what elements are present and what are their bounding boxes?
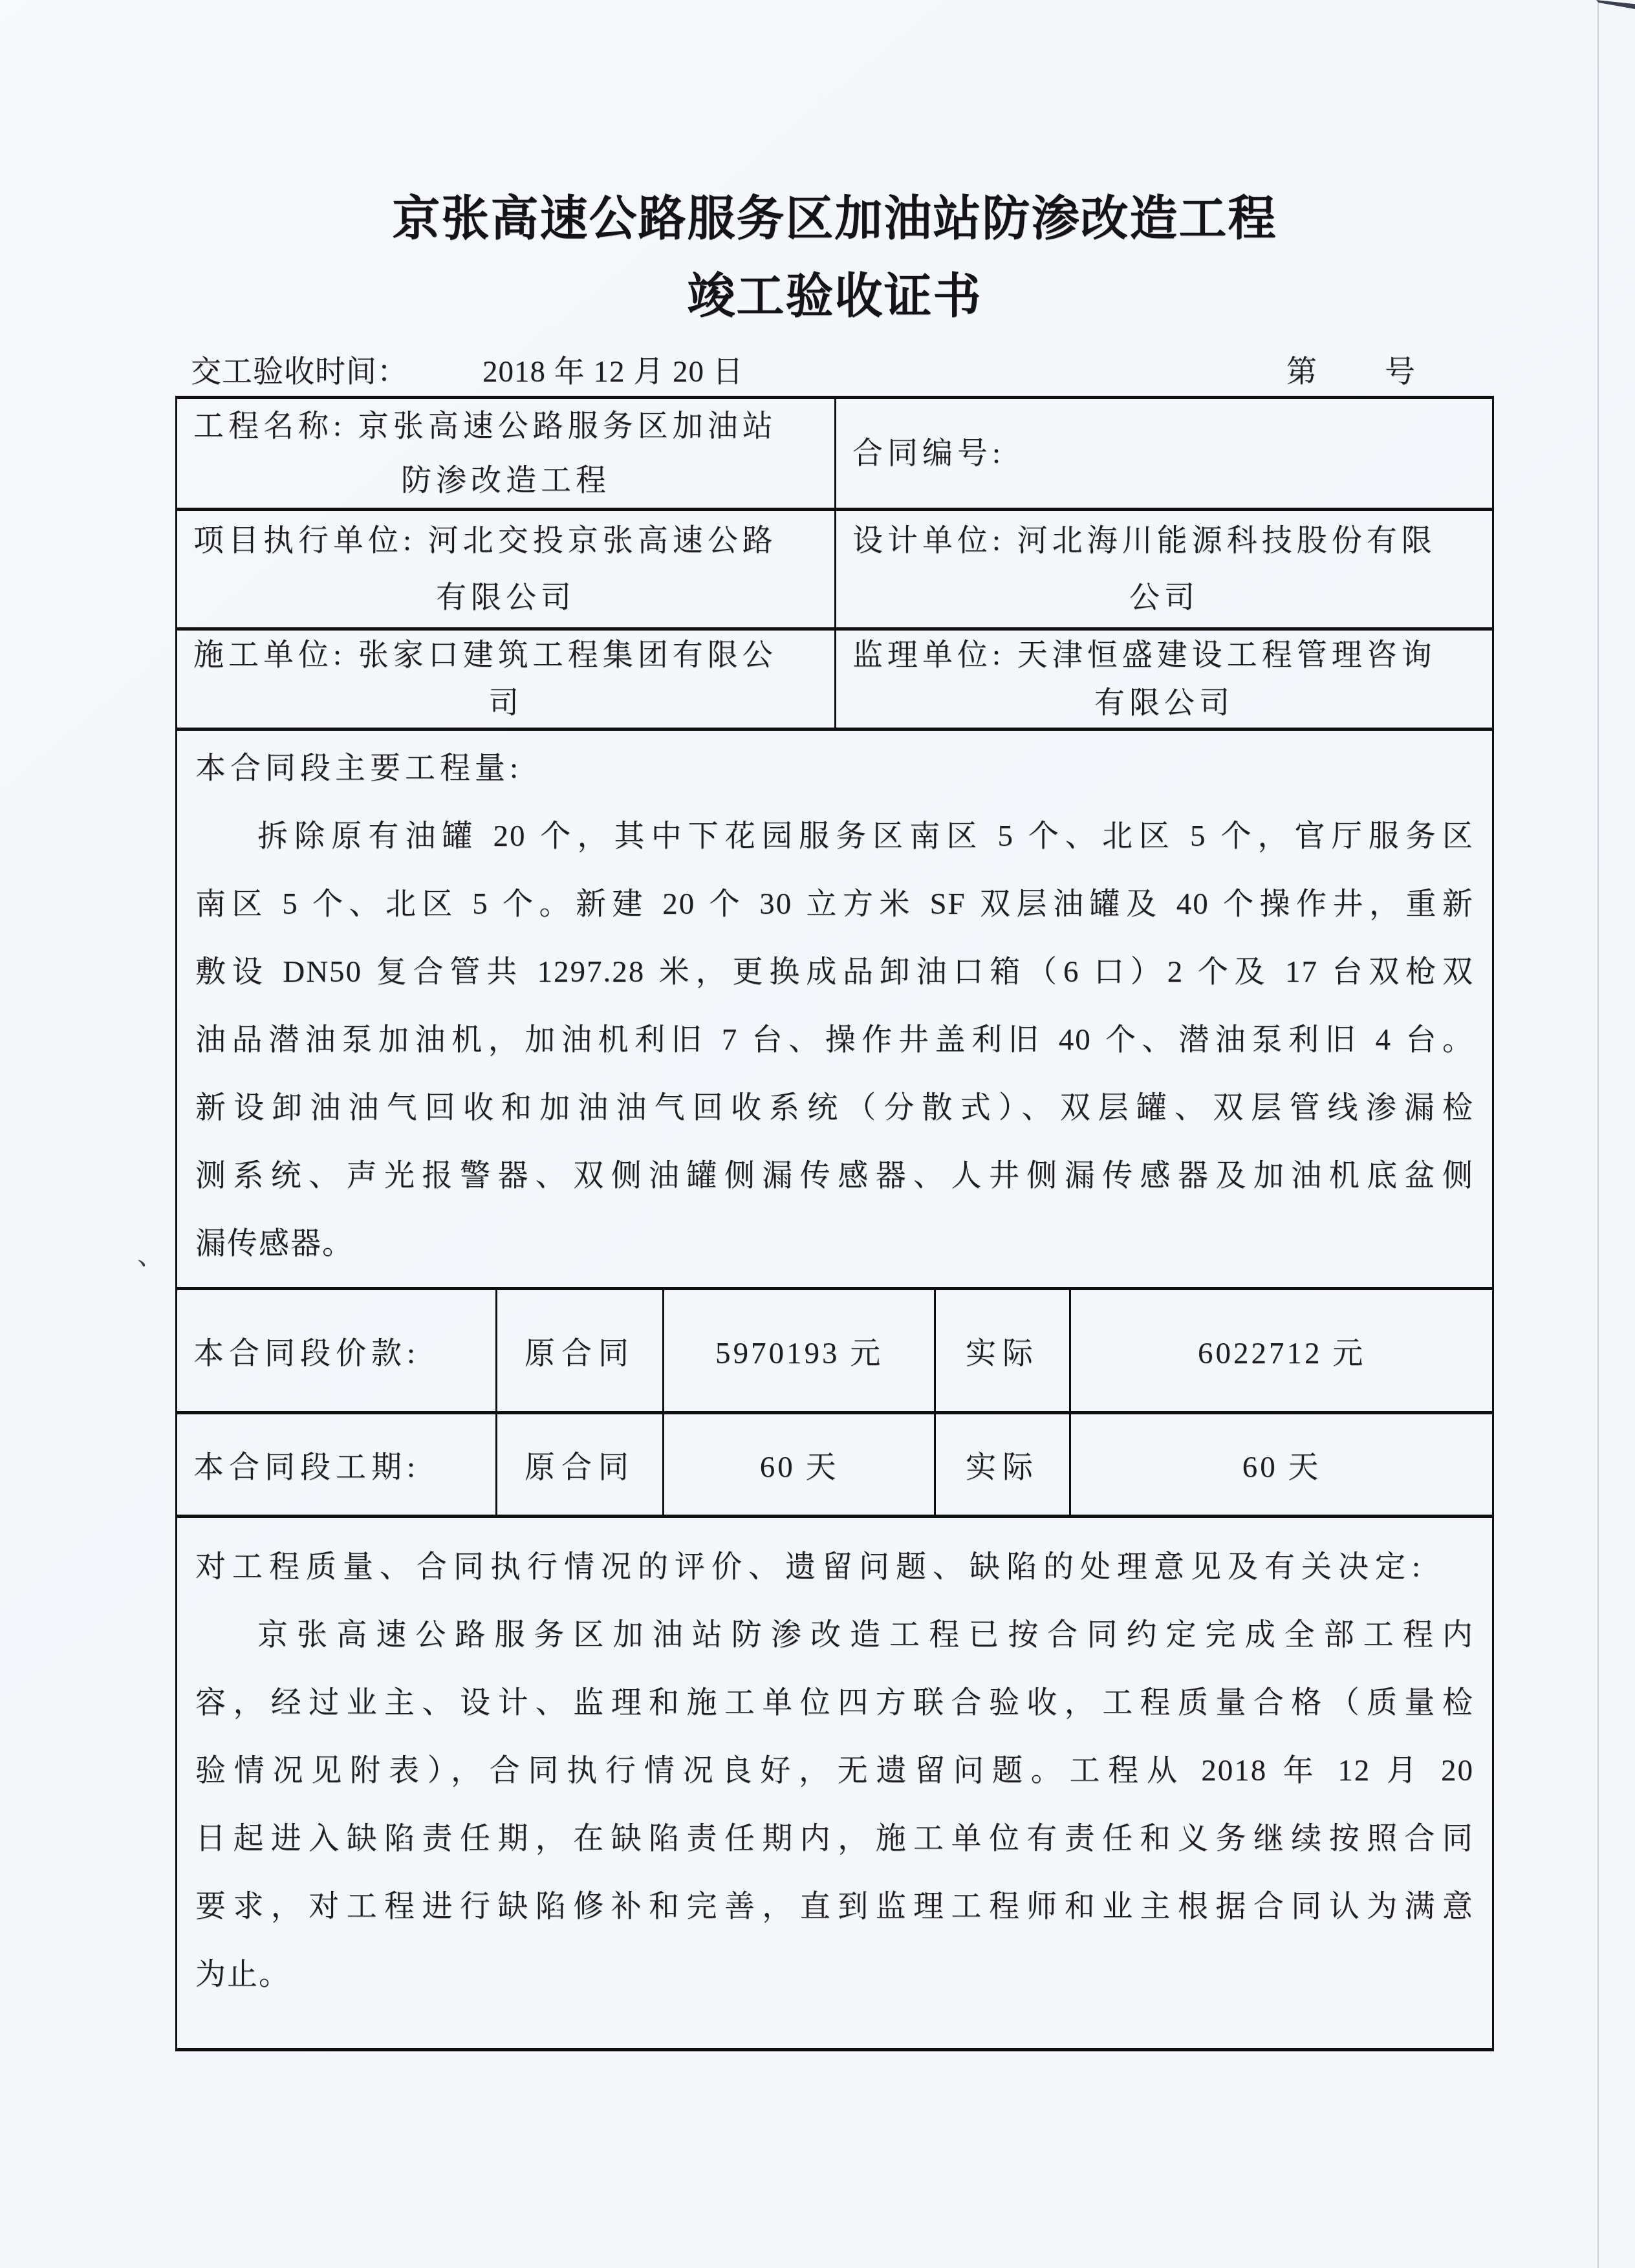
table-row-project-name: 工程名称: 京张高速公路服务区加油站 防渗改造工程 合同编号: [177,399,1492,511]
executing-unit-line1: 项目执行单位: 河北交投京张高速公路 [193,512,818,569]
price-label-cell: 本合同段价款: [177,1290,497,1411]
table-row-units-2: 施工单位: 张家口建筑工程集团有限公 司 监理单位: 天津恒盛建设工程管理咨询 … [177,631,1492,731]
acceptance-date-value: 2018 年 12 月 20 日 [482,353,744,391]
main-quantities-cell: 本合同段主要工程量: 拆除原有油罐 20 个，其中下花园服务区南区 5 个、北区… [177,731,1492,1290]
contract-number-cell: 合同编号: [836,399,1492,508]
table-row-units-1: 项目执行单位: 河北交投京张高速公路 有限公司 设计单位: 河北海川能源科技股份… [177,511,1492,631]
evaluation-line: 容，经过业主、设计、监理和施工单位四方联合验收，工程质量合格（质量检 [195,1669,1474,1737]
project-name-line2: 防渗改造工程 [193,453,818,508]
evaluation-line: 要求，对工程进行缺陷修补和完善，直到监理工程师和业主根据合同认为满意 [195,1873,1474,1941]
price-actual-label-cell: 实际 [936,1290,1071,1411]
construction-unit-line2: 司 [193,679,818,727]
construction-unit-line1: 施工单位: 张家口建筑工程集团有限公 [193,631,818,679]
duration-actual-label-cell: 实际 [936,1414,1071,1515]
evaluation-line: 验情况见附表），合同执行情况良好，无遗留问题。工程从 2018 年 12 月 2… [195,1737,1474,1805]
scanner-corner-artifact [1596,0,1635,9]
quantities-line: 新设卸油油气回收和加油油气回收系统（分散式）、双层罐、双层管线渗漏检 [195,1074,1474,1142]
contract-number-label: 合同编号: [852,426,1476,481]
design-unit-line2: 公司 [852,569,1476,626]
quantities-line: 敷设 DN50 复合管共 1297.28 米，更换成品卸油口箱（6 口）2 个及… [195,938,1474,1006]
quantities-heading: 本合同段主要工程量: [195,735,1474,803]
duration-original-value-cell: 60 天 [664,1414,936,1515]
serial-prefix: 第 [1286,353,1317,391]
evaluation-line: 京张高速公路服务区加油站防渗改造工程已按合同约定完成全部工程内 [195,1601,1474,1669]
price-original-value-cell: 5970193 元 [664,1290,936,1411]
duration-actual-value-cell: 60 天 [1071,1414,1492,1515]
scanner-edge-line [1597,0,1599,2268]
acceptance-date-label: 交工验收时间： [191,353,408,391]
executing-unit-line2: 有限公司 [193,569,818,626]
supervision-unit-cell: 监理单位: 天津恒盛建设工程管理咨询 有限公司 [836,631,1492,728]
price-row: 本合同段价款: 原合同 5970193 元 实际 6022712 元 [177,1290,1492,1414]
supervision-unit-line1: 监理单位: 天津恒盛建设工程管理咨询 [852,631,1476,679]
duration-label-cell: 本合同段工期: [177,1414,497,1515]
price-actual-value-cell: 6022712 元 [1071,1290,1492,1411]
document-subtitle: 竣工验收证书 [175,264,1494,329]
evaluation-heading: 对工程质量、合同执行情况的评价、遗留问题、缺陷的处理意见及有关决定: [195,1533,1474,1601]
design-unit-line1: 设计单位: 河北海川能源科技股份有限 [852,512,1476,569]
quantities-line: 漏传感器。 [195,1210,1474,1278]
document-title: 京张高速公路服务区加油站防渗改造工程 [175,186,1494,251]
quantities-line: 测系统、声光报警器、双侧油罐侧漏传感器、人井侧漏传感器及加油机底盆侧 [195,1142,1474,1210]
project-name-cell: 工程名称: 京张高速公路服务区加油站 防渗改造工程 [177,399,836,508]
document-page: 京张高速公路服务区加油站防渗改造工程 竣工验收证书 交工验收时间： 2018 年… [0,0,1635,2268]
quantities-line: 油品潜油泵加油机，加油机利旧 7 台、操作井盖利旧 40 个、潜油泵利旧 4 台… [195,1006,1474,1074]
price-original-label-cell: 原合同 [497,1290,664,1411]
duration-original-label-cell: 原合同 [497,1414,664,1515]
supervision-unit-line2: 有限公司 [852,679,1476,727]
quantities-line: 南区 5 个、北区 5 个。新建 20 个 30 立方米 SF 双层油罐及 40… [195,870,1474,938]
acceptance-table: 工程名称: 京张高速公路服务区加油站 防渗改造工程 合同编号: 项目执行单位: … [175,396,1494,2051]
executing-unit-cell: 项目执行单位: 河北交投京张高速公路 有限公司 [177,511,836,627]
scan-artifact-mark: 、 [137,1234,164,1273]
evaluation-line: 为止。 [195,1941,1474,2009]
design-unit-cell: 设计单位: 河北海川能源科技股份有限 公司 [836,511,1492,627]
evaluation-cell: 对工程质量、合同执行情况的评价、遗留问题、缺陷的处理意见及有关决定: 京张高速公… [177,1518,1492,2048]
construction-unit-cell: 施工单位: 张家口建筑工程集团有限公 司 [177,631,836,728]
quantities-line: 拆除原有油罐 20 个，其中下花园服务区南区 5 个、北区 5 个，官厅服务区 [195,803,1474,870]
serial-suffix: 号 [1385,353,1415,391]
meta-row: 交工验收时间： 2018 年 12 月 20 日 第号 [175,353,1494,391]
serial-number: 第号 [1286,353,1415,391]
project-name-line1: 工程名称: 京张高速公路服务区加油站 [193,399,818,453]
duration-row: 本合同段工期: 原合同 60 天 实际 60 天 [177,1414,1492,1518]
serial-blank [1317,353,1385,391]
evaluation-line: 日起进入缺陷责任期，在缺陷责任期内，施工单位有责任和义务继续按照合同 [195,1805,1474,1873]
